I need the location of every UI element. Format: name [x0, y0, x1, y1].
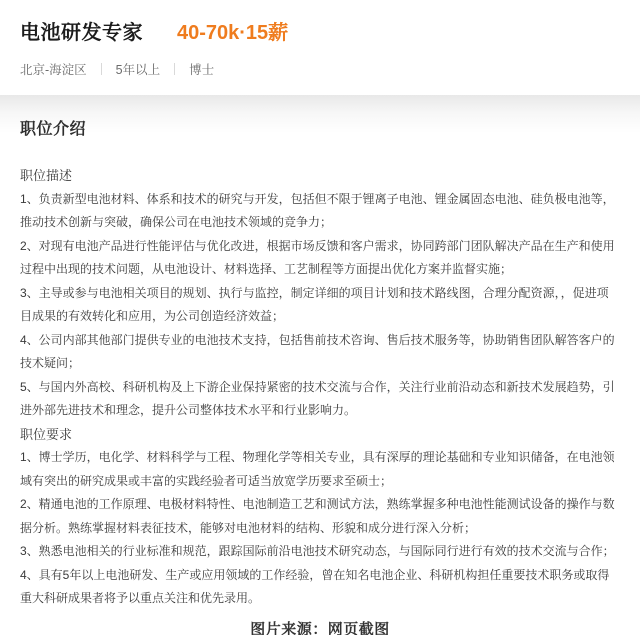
description-item: 3、主导或参与电池相关项目的规划、执行与监控，制定详细的项目计划和技术路线图，合…	[20, 282, 620, 329]
description-item: 1、负责新型电池材料、体系和技术的研究与开发，包括但不限于锂离子电池、锂金属固态…	[20, 188, 620, 235]
job-salary: 40-70k·15薪	[177, 16, 288, 45]
meta-divider	[174, 63, 175, 75]
image-source-caption: 图片来源：网页截图	[0, 618, 640, 635]
requirements-item: 3、熟悉电池相关的行业标准和规范，跟踪国际前沿电池技术研究动态，与国际同行进行有…	[20, 540, 620, 564]
requirements-item: 2、精通电池的工作原理、电极材料特性、电池制造工艺和测试方法，熟练掌握多种电池性…	[20, 493, 620, 540]
job-meta-row: 北京-海淀区 5年以上 博士	[20, 60, 620, 78]
requirements-item: 4、具有5年以上电池研发、生产或应用领域的工作经验，曾在知名电池企业、科研机构担…	[20, 564, 620, 611]
job-intro-section: 职位介绍 职位描述 1、负责新型电池材料、体系和技术的研究与开发，包括但不限于锂…	[0, 95, 640, 611]
requirements-label: 职位要求	[20, 423, 620, 447]
job-experience-tag: 5年以上	[116, 60, 160, 78]
description-item: 5、与国内外高校、科研机构及上下游企业保持紧密的技术交流与合作，关注行业前沿动态…	[20, 376, 620, 423]
section-heading: 职位介绍	[20, 116, 620, 139]
title-row: 电池研发专家 40-70k·15薪	[20, 16, 620, 45]
page-footer: 图片来源：网页截图	[0, 618, 640, 635]
description-item: 2、对现有电池产品进行性能评估与优化改进，根据市场反馈和客户需求，协同跨部门团队…	[20, 235, 620, 282]
job-location-tag: 北京-海淀区	[20, 60, 87, 78]
job-description-body: 职位描述 1、负责新型电池材料、体系和技术的研究与开发，包括但不限于锂离子电池、…	[20, 164, 620, 611]
job-education-tag: 博士	[189, 60, 214, 78]
description-item: 4、公司内部其他部门提供专业的电池技术支持，包括售前技术咨询、售后技术服务等，协…	[20, 329, 620, 376]
description-label: 职位描述	[20, 164, 620, 188]
requirements-item: 1、博士学历，电化学、材料科学与工程、物理化学等相关专业，具有深厚的理论基础和专…	[20, 446, 620, 493]
job-title: 电池研发专家	[20, 16, 143, 45]
job-posting-page: 电池研发专家 40-70k·15薪 北京-海淀区 5年以上 博士 职位介绍 职位…	[0, 0, 640, 635]
job-header: 电池研发专家 40-70k·15薪 北京-海淀区 5年以上 博士	[0, 0, 640, 78]
meta-divider	[101, 63, 102, 75]
